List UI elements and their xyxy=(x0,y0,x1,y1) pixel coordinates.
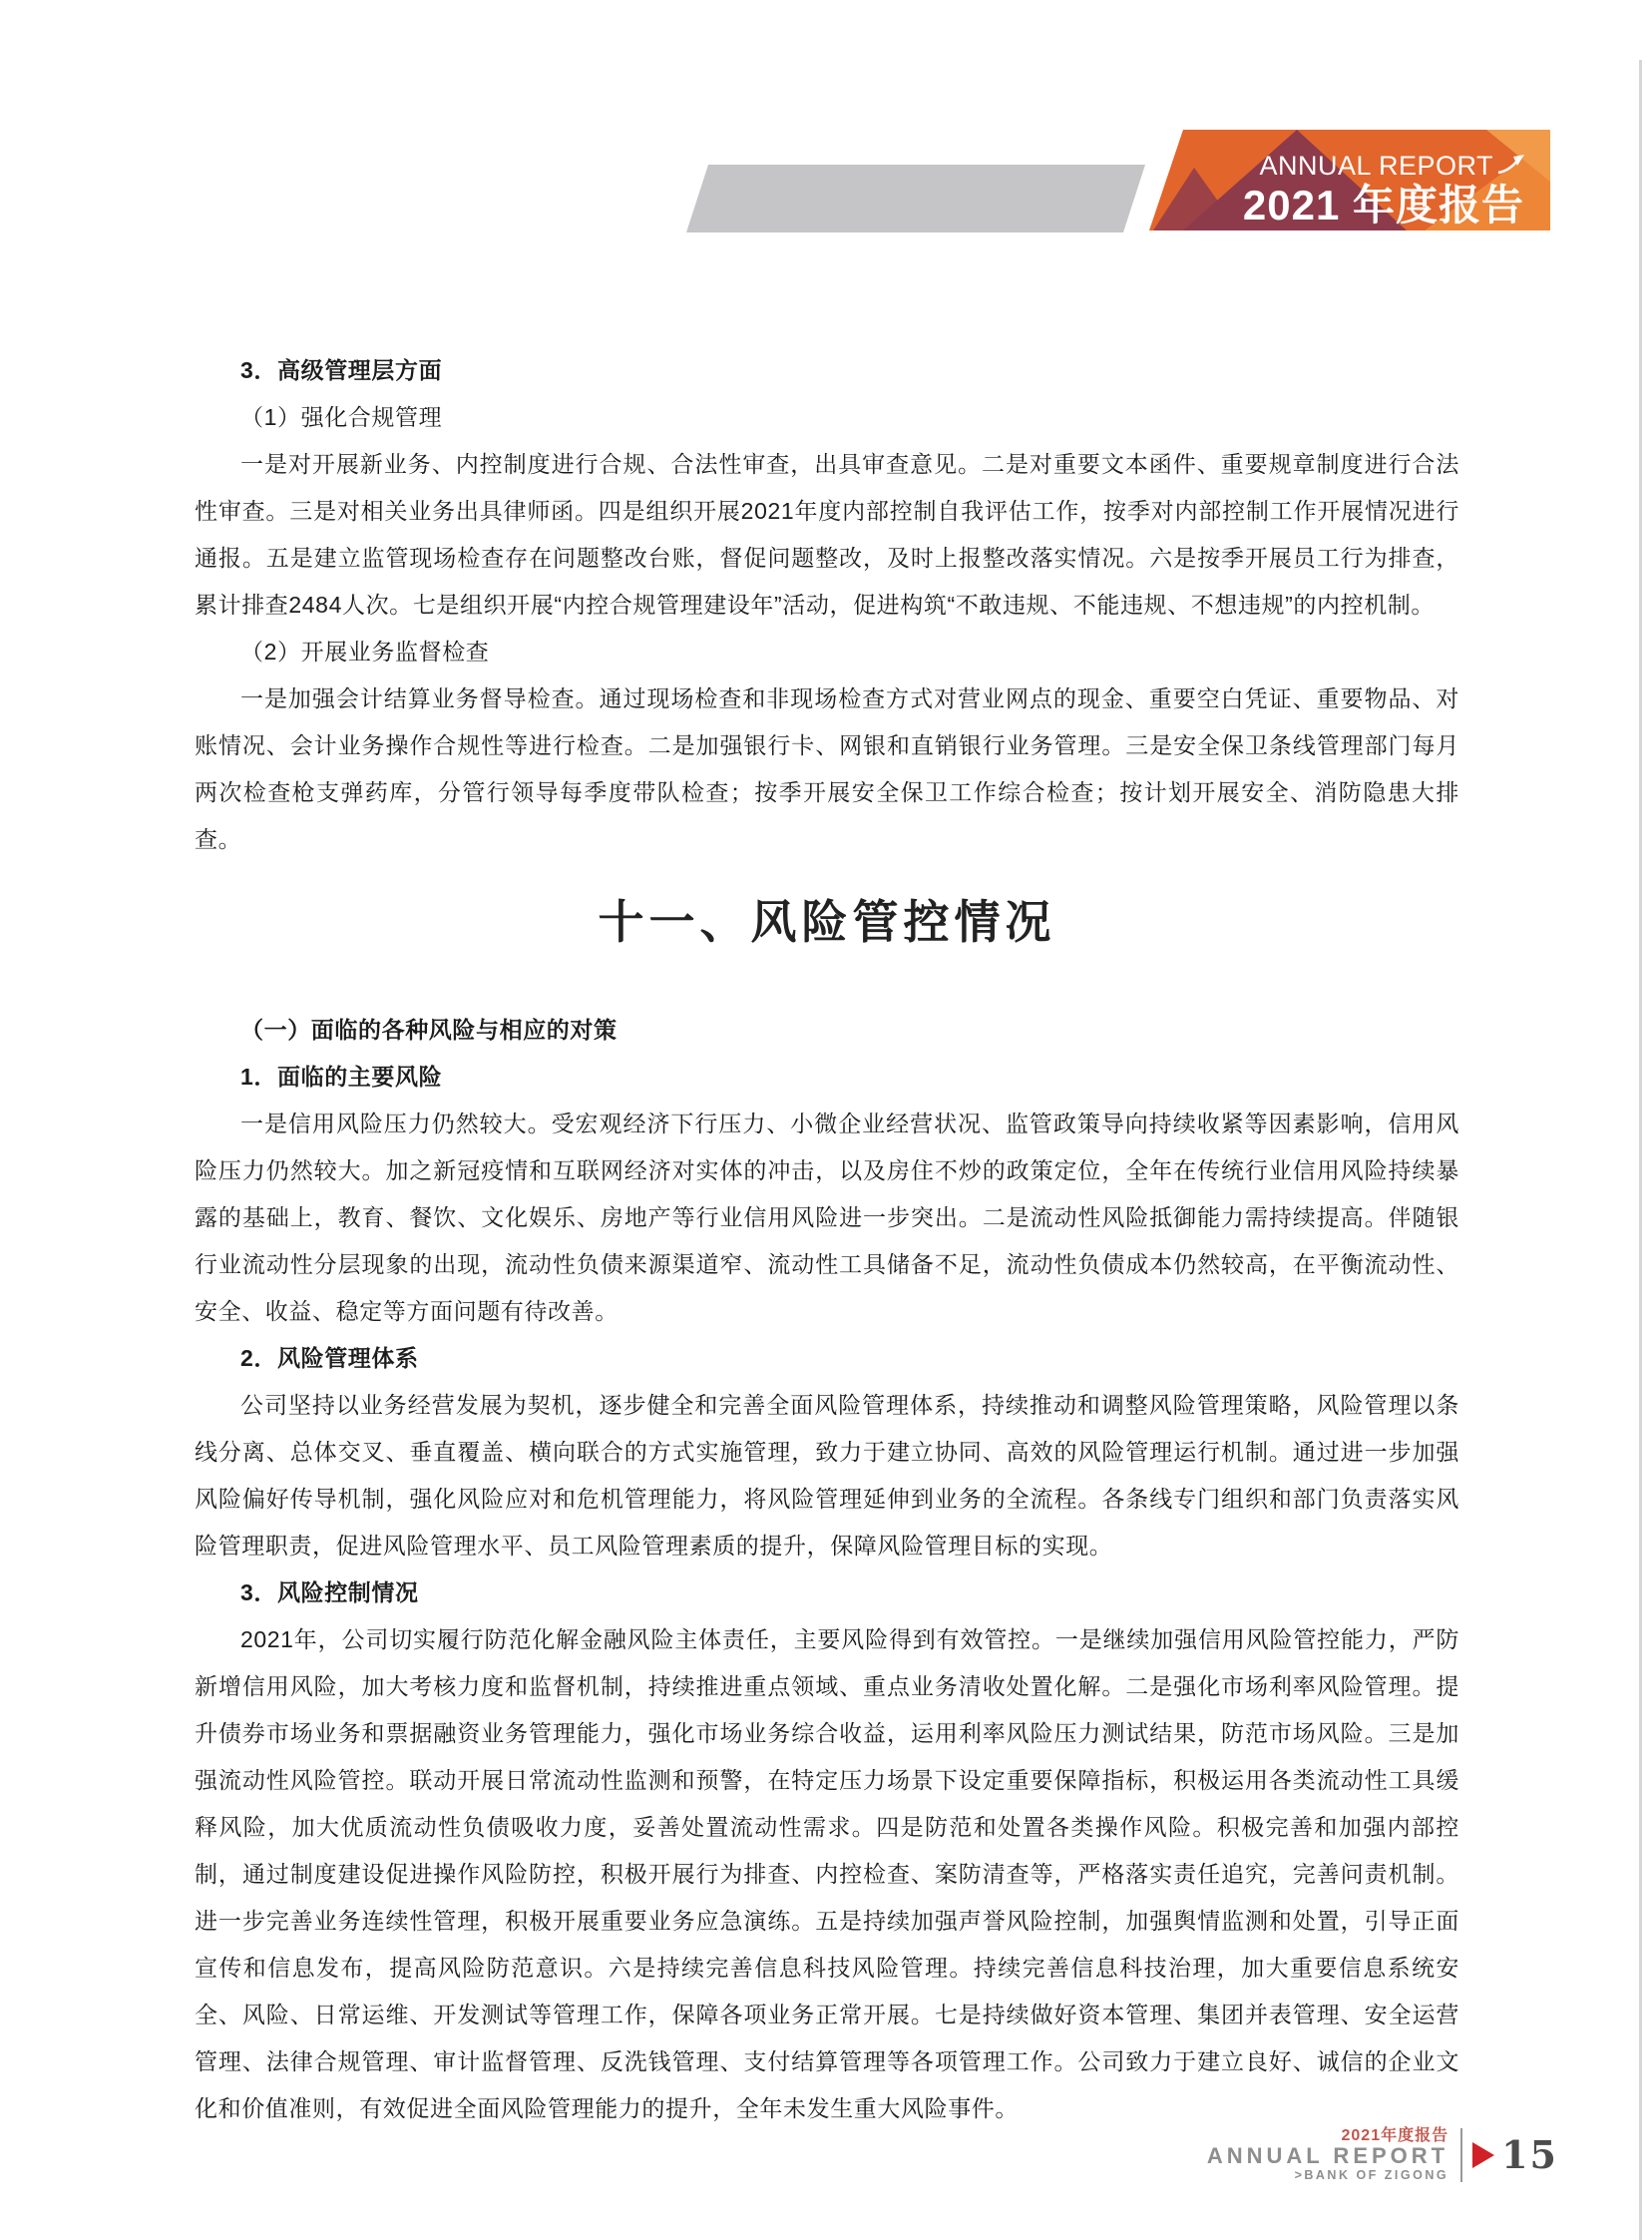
footer-text-block: 2021年度报告 ANNUAL REPORT >BANK OF ZIGONG xyxy=(1207,2127,1448,2182)
paragraph-risk-system: 公司坚持以业务经营发展为契机，逐步健全和完善全面风险管理体系，持续推动和调整风险… xyxy=(195,1382,1459,1569)
banner-text: ANNUAL REPORT 2021 年度报告 xyxy=(1243,132,1524,227)
paragraph-supervision: 一是加强会计结算业务督导检查。通过现场检查和非现场检查方式对营业网点的现金、重要… xyxy=(195,675,1459,863)
gray-stripe xyxy=(686,165,1145,232)
report-page: ANNUAL REPORT 2021 年度报告 3．高级管理层方面 （1）强化合… xyxy=(0,0,1652,2240)
paragraph-risk-control: 2021年，公司切实履行防范化解金融风险主体责任，主要风险得到有效管控。一是继续… xyxy=(195,1616,1459,2132)
heading-senior-management: 3．高级管理层方面 xyxy=(195,347,1459,394)
banner-year: 2021 xyxy=(1243,182,1340,228)
heading-risk-control: 3．风险控制情况 xyxy=(195,1569,1459,1616)
heading-main-risks: 1．面临的主要风险 xyxy=(195,1054,1459,1101)
footer-divider xyxy=(1460,2128,1462,2182)
footer-report-en: ANNUAL REPORT xyxy=(1207,2144,1448,2168)
heading-risk-system: 2．风险管理体系 xyxy=(195,1335,1459,1382)
subheading-supervision: （2）开展业务监督检查 xyxy=(195,629,1459,675)
page-number: 15 xyxy=(1501,2135,1558,2175)
subheading-compliance: （1）强化合规管理 xyxy=(195,394,1459,441)
banner-annual-report-label: ANNUAL REPORT xyxy=(1259,152,1493,180)
heading-risks-countermeasures: （一）面临的各种风险与相应的对策 xyxy=(195,1007,1459,1054)
paragraph-main-risks: 一是信用风险压力仍然较大。受宏观经济下行压力、小微企业经营状况、监管政策导向持续… xyxy=(195,1101,1459,1335)
page-number-arrow-icon xyxy=(1472,2142,1494,2168)
chapter-heading: 十一、风险管控情况 xyxy=(195,887,1459,957)
footer-bank-name: >BANK OF ZIGONG xyxy=(1207,2168,1448,2182)
paragraph-compliance: 一是对开展新业务、内控制度进行合规、合法性审查，出具审查意见。二是对重要文本函件… xyxy=(195,441,1459,629)
page-footer: 2021年度报告 ANNUAL REPORT >BANK OF ZIGONG 1… xyxy=(1207,2127,1558,2182)
page-edge-line xyxy=(1639,60,1642,2240)
banner-arrow-icon xyxy=(1496,155,1524,177)
document-content: 3．高级管理层方面 （1）强化合规管理 一是对开展新业务、内控制度进行合规、合法… xyxy=(195,347,1459,2132)
footer-report-cn: 2021年度报告 xyxy=(1207,2127,1448,2144)
banner-title-cn: 年度报告 xyxy=(1353,182,1524,228)
